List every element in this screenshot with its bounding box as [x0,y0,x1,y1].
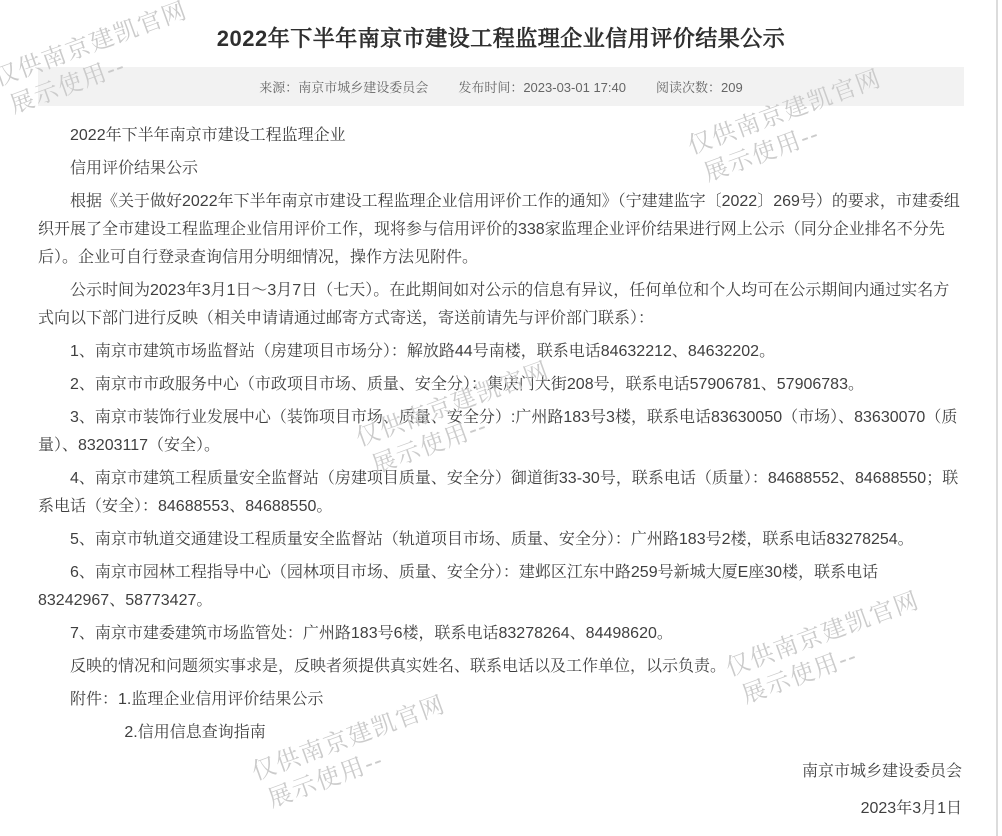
article-subtitle-line2: 信用评价结果公示 [38,155,962,183]
attachment-line-2: 2.信用信息查询指南 [38,719,962,747]
contact-item-6: 6、南京市园林工程指导中心（园林项目市场、质量、安全分）：建邺区江东中路259号… [38,559,962,615]
contact-item-2: 2、南京市市政服务中心（市政项目市场、质量、安全分）：集庆门大街208号，联系电… [38,371,962,399]
paragraph-publicity-period: 公示时间为2023年3月1日～3月7日（七天）。在此期间如对公示的信息有异议，任… [38,277,962,333]
meta-views-label: 阅读次数： [656,80,721,95]
meta-view-count: 阅读次数：209 [656,77,743,96]
meta-bar: 来源：南京市城乡建设委员会 发布时间：2023-03-01 17:40 阅读次数… [38,67,964,106]
meta-publish-time: 发布时间：2023-03-01 17:40 [458,77,626,96]
contact-item-7: 7、南京市建委建筑市场监管处：广州路183号6楼，联系电话83278264、84… [38,620,962,648]
announcement-page: 2022年下半年南京市建设工程监理企业信用评价结果公示 来源：南京市城乡建设委员… [0,0,1002,836]
meta-publish-value: 2023-03-01 17:40 [523,80,626,95]
meta-source-label: 来源： [259,80,298,95]
page-title: 2022年下半年南京市建设工程监理企业信用评价结果公示 [20,26,982,52]
meta-source: 来源：南京市城乡建设委员会 [259,77,428,96]
meta-publish-label: 发布时间： [458,80,523,95]
attachment-line-1: 附件：1.监理企业信用评价结果公示 [38,686,962,714]
contact-item-5: 5、南京市轨道交通建设工程质量安全监督站（轨道项目市场、质量、安全分）：广州路1… [38,526,962,554]
article-subtitle-line1: 2022年下半年南京市建设工程监理企业 [38,122,962,150]
paragraph-basis: 根据《关于做好2022年下半年南京市建设工程监理企业信用评价工作的通知》（宁建建… [38,188,962,272]
contact-item-1: 1、南京市建筑市场监督站（房建项目市场分）：解放路44号南楼，联系电话84632… [38,338,962,366]
signature-date: 2023年3月1日 [38,795,962,823]
meta-views-value: 209 [721,80,743,95]
paragraph-disclaimer: 反映的情况和问题须实事求是，反映者须提供真实姓名、联系电话以及工作单位，以示负责… [38,653,962,681]
meta-source-value: 南京市城乡建设委员会 [298,80,428,95]
article-body: 2022年下半年南京市建设工程监理企业 信用评价结果公示 根据《关于做好2022… [38,122,962,823]
signature-department: 南京市城乡建设委员会 [38,758,962,786]
page-right-border [996,0,998,836]
contact-item-3: 3、南京市装饰行业发展中心（装饰项目市场、质量、安全分）:广州路183号3楼，联… [38,404,962,460]
contact-item-4: 4、南京市建筑工程质量安全监督站（房建项目质量、安全分）御道街33-30号，联系… [38,465,962,521]
